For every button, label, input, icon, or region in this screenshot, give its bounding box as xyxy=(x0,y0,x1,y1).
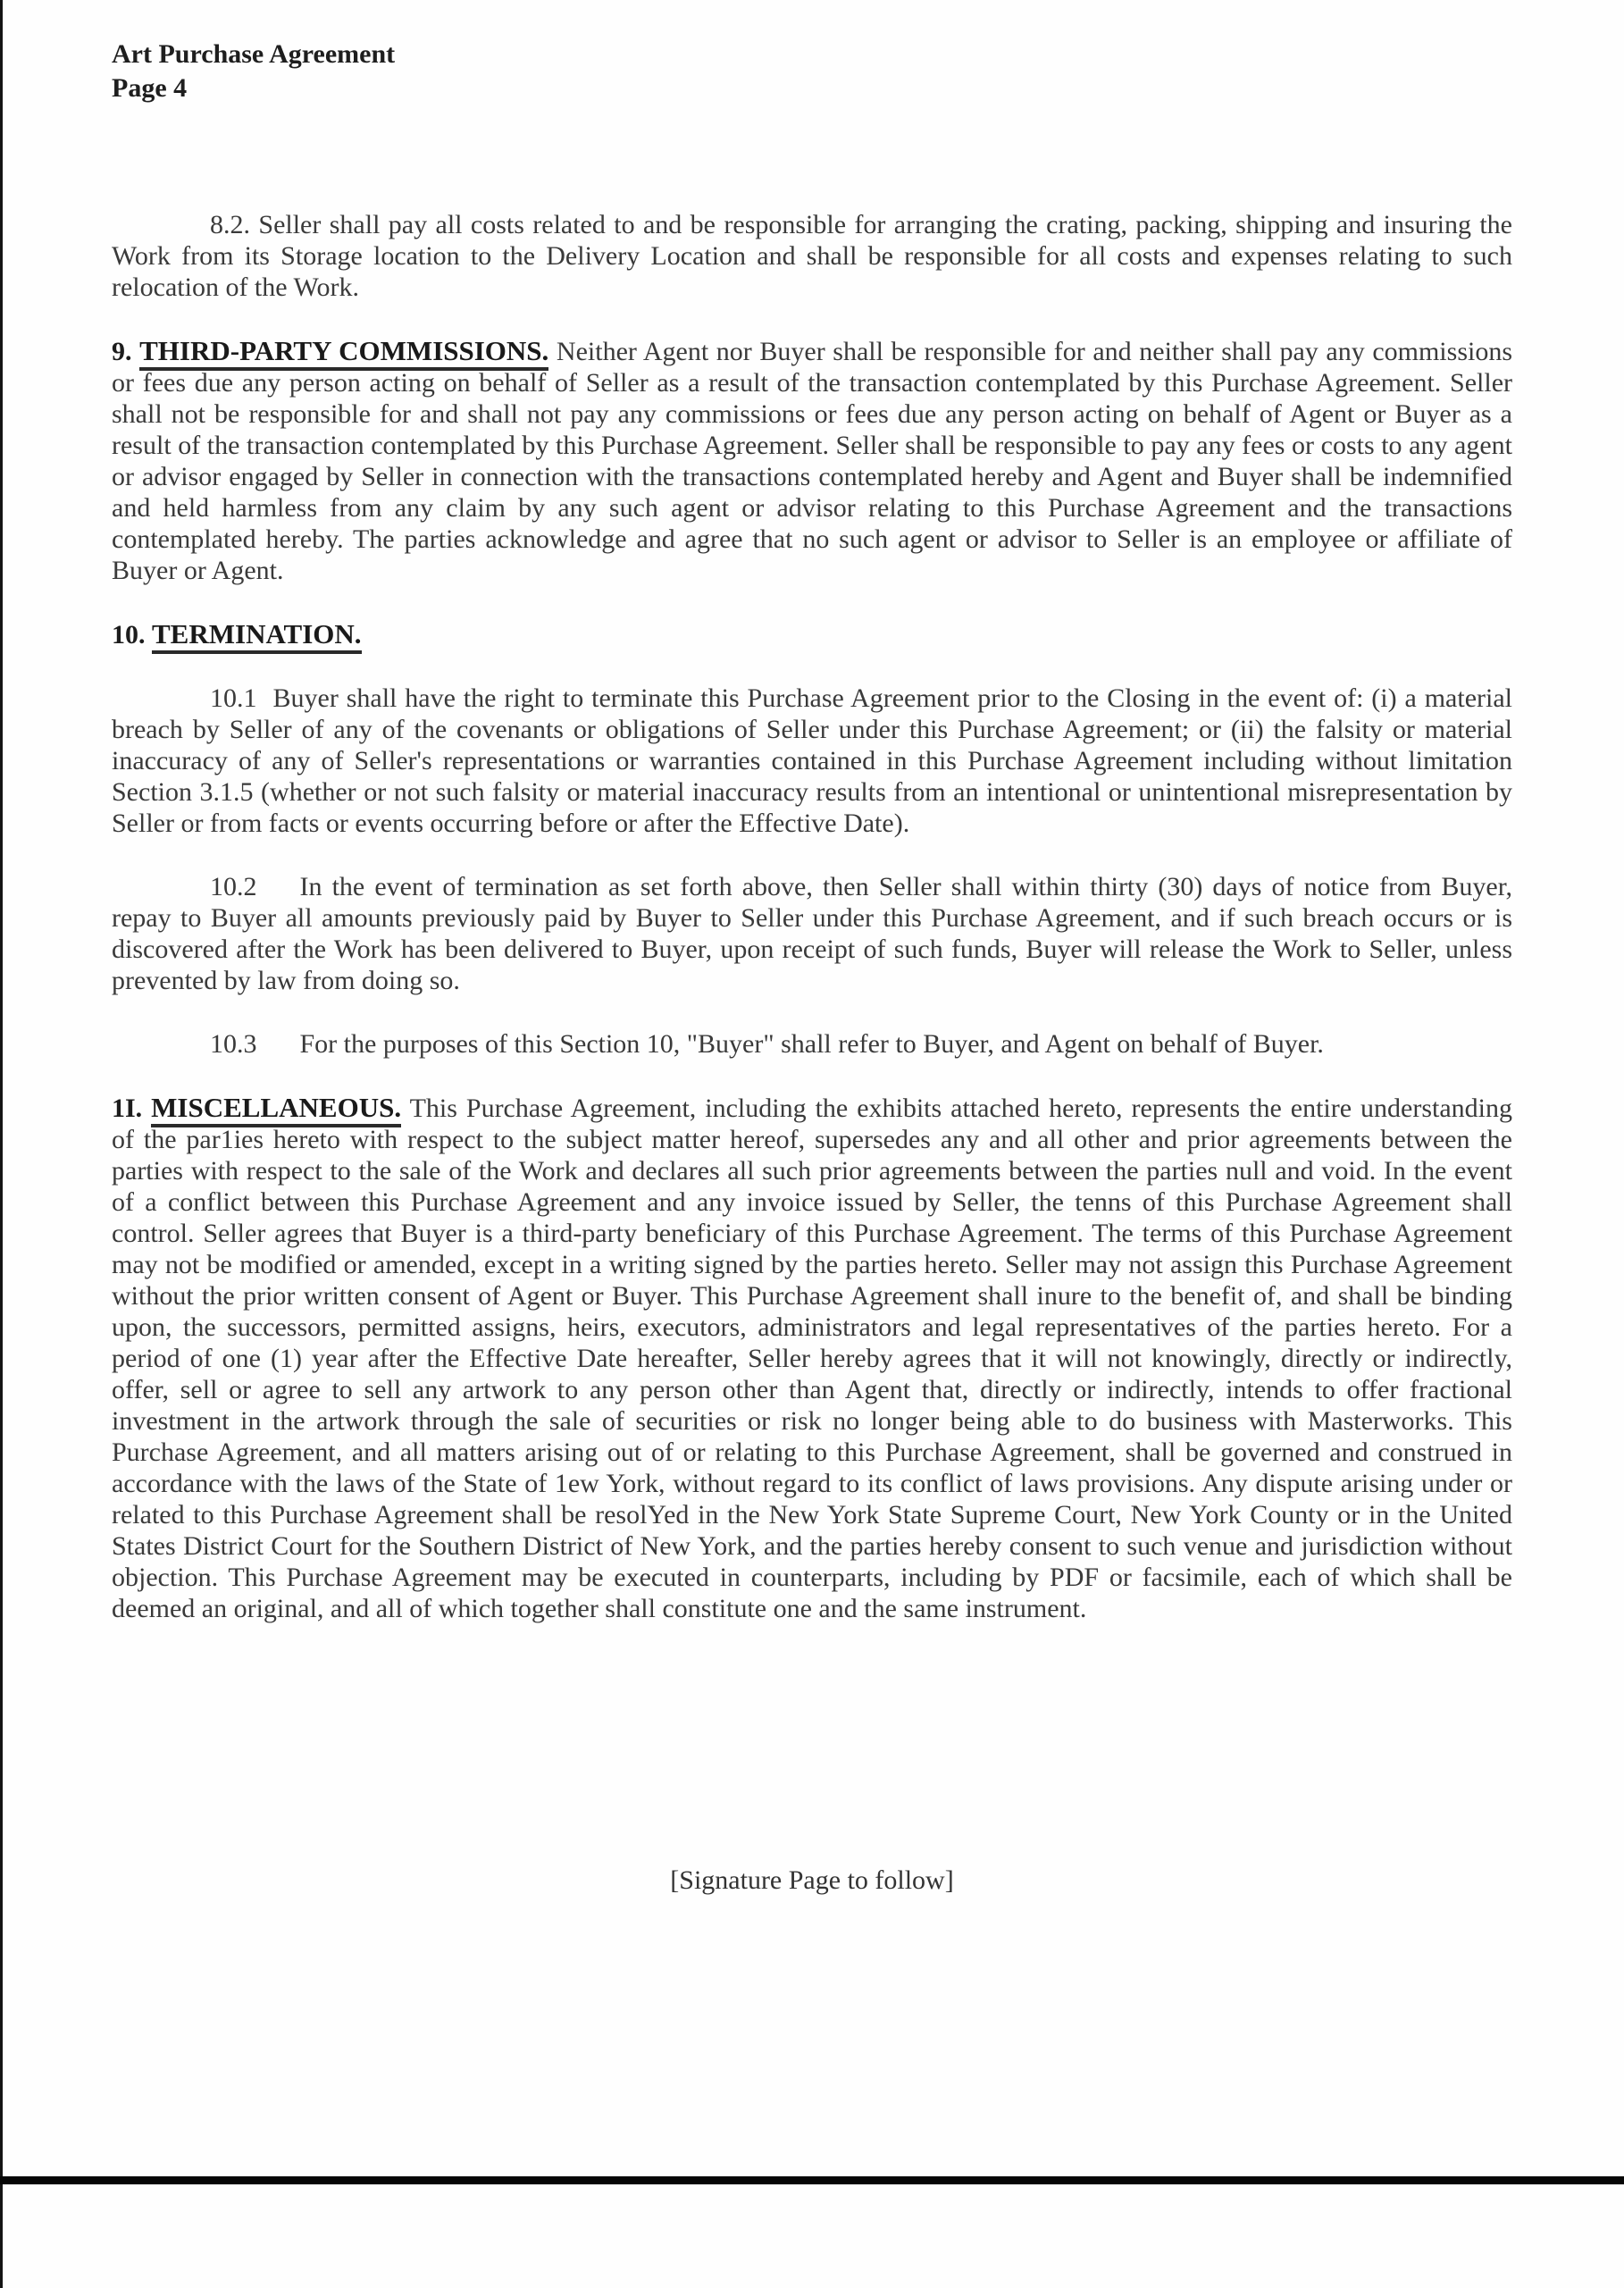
section-10-heading-row: 10. TERMINATION. xyxy=(112,618,1512,650)
paragraph-10-3-text: For the purposes of this Section 10, "Bu… xyxy=(300,1029,1324,1059)
paragraph-8-2-text: 8.2. Seller shall pay all costs related … xyxy=(112,210,1512,302)
signature-page-note: [Signature Page to follow] xyxy=(0,1865,1624,1896)
section-11-heading: MISCELLANEOUS. xyxy=(151,1092,401,1127)
paragraph-10-1-text: Buyer shall have the right to terminate … xyxy=(112,683,1512,838)
paragraph-10-1-number: 10.1 xyxy=(210,683,257,713)
section-9-heading: THIRD-PARTY COMMISSIONS. xyxy=(139,335,548,371)
page-header: Art Purchase Agreement Page 4 xyxy=(112,38,1512,105)
paragraph-10-2-text: In the event of termination as set forth… xyxy=(112,872,1512,995)
page-number: Page 4 xyxy=(112,71,1512,105)
left-edge-scan-line xyxy=(0,0,3,2288)
page-content: Art Purchase Agreement Page 4 8.2. Selle… xyxy=(112,38,1512,1656)
section-11: 1I. MISCELLANEOUS. This Purchase Agreeme… xyxy=(112,1092,1512,1624)
document-page: Art Purchase Agreement Page 4 8.2. Selle… xyxy=(0,0,1624,2288)
paragraph-10-3: 10.3For the purposes of this Section 10,… xyxy=(112,1028,1512,1060)
section-9-body: Neither Agent nor Buyer shall be respons… xyxy=(112,337,1512,585)
section-11-body: This Purchase Agreement, including the e… xyxy=(112,1094,1512,1623)
paragraph-10-1: 10.1Buyer shall have the right to termin… xyxy=(112,683,1512,839)
section-9: 9. THIRD-PARTY COMMISSIONS. Neither Agen… xyxy=(112,335,1512,586)
paragraph-10-3-number: 10.3 xyxy=(210,1029,257,1059)
section-10-number: 10. xyxy=(112,620,146,650)
paragraph-10-2-number: 10.2 xyxy=(210,872,257,901)
paragraph-10-2: 10.2In the event of termination as set f… xyxy=(112,871,1512,996)
bottom-rule xyxy=(0,2176,1624,2184)
section-9-number: 9. xyxy=(112,337,132,366)
section-11-number: 1I. xyxy=(112,1094,142,1123)
section-10-heading: TERMINATION. xyxy=(152,618,362,654)
paragraph-8-2: 8.2. Seller shall pay all costs related … xyxy=(112,209,1512,303)
document-title: Art Purchase Agreement xyxy=(112,38,1512,71)
